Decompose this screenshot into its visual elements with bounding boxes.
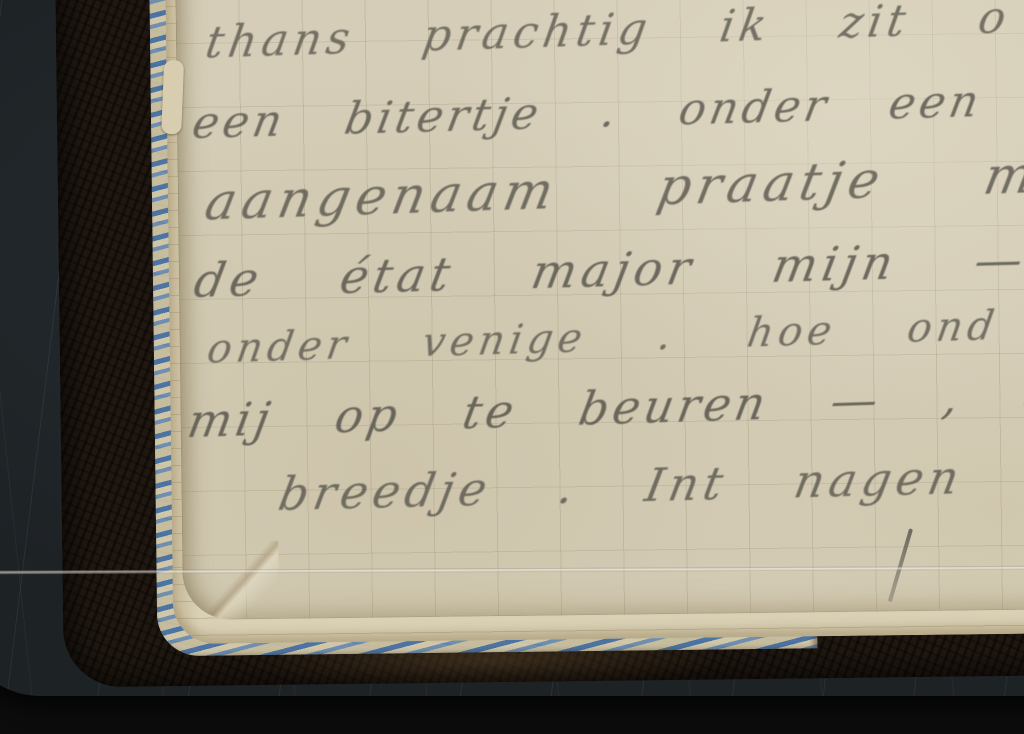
photo-of-notebook: thans prachtig ik zit o een bitertje . o…: [0, 0, 1024, 734]
handwriting-line: aangenaam praatje m: [201, 150, 1024, 229]
page-edge-worn-patch: [161, 60, 184, 135]
notebook-block: thans prachtig ik zit o een bitertje . o…: [0, 0, 1024, 734]
notebook-page: thans prachtig ik zit o een bitertje . o…: [175, 0, 1024, 620]
handwriting-line: thans prachtig ik zit o: [202, 0, 1013, 66]
handwriting-line: een bitertje . onder een: [189, 80, 986, 146]
handwriting-line: onder venige . hoe ond: [204, 306, 1001, 370]
handwriting-descender-stroke: [888, 528, 913, 602]
handwriting-line: de état major mijn —: [191, 236, 1024, 305]
handwriting-line: breedje . Int nagen: [275, 454, 967, 517]
handwriting-line: mij op te beuren — , d: [184, 370, 1024, 444]
